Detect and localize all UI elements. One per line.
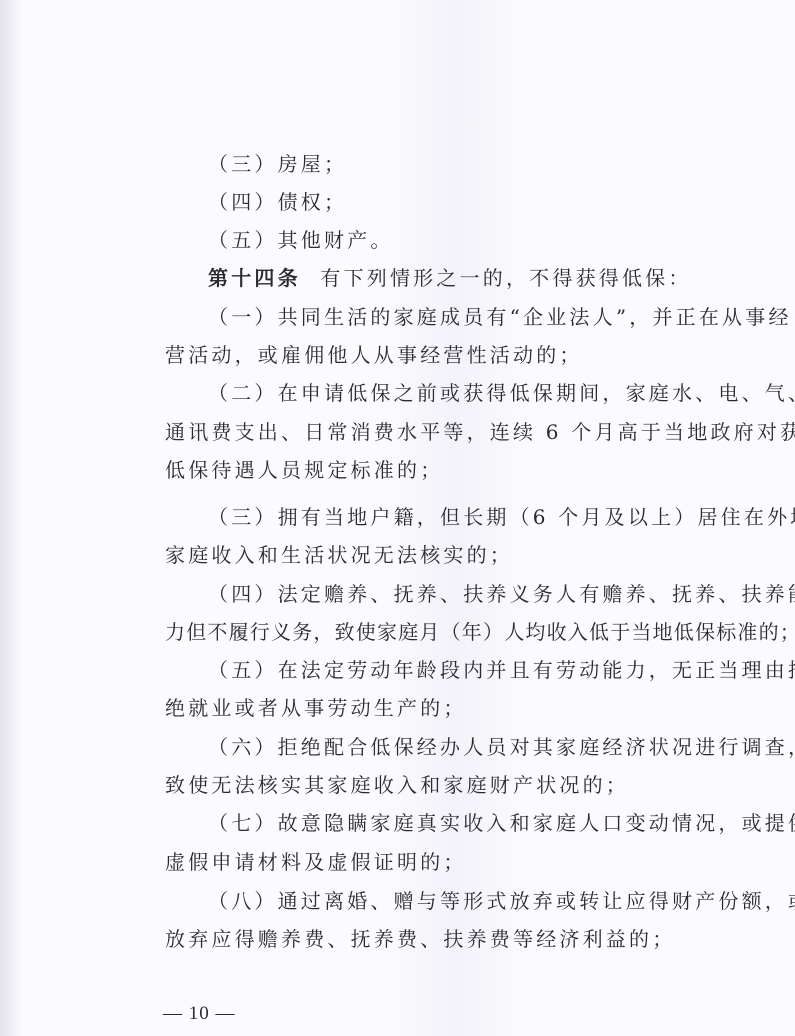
list-item-continuation: 放弃应得赡养费、抚养费、扶养费等经济利益的； <box>165 927 675 951</box>
list-item: （五）其他财产。 <box>208 228 394 252</box>
list-item: （四）法定赡养、抚养、扶养义务人有赡养、抚养、扶养能 <box>208 582 795 606</box>
list-item-continuation: 营活动，或雇佣他人从事经营性活动的； <box>165 343 583 367</box>
list-item-continuation: 致使无法核实其家庭收入和家庭财产状况的； <box>165 773 629 797</box>
list-item: （五）在法定劳动年龄段内并且有劳动能力，无正当理由拒 <box>208 658 795 682</box>
list-item-continuation: 力但不履行义务，致使家庭月（年）人均收入低于当地低保标准的； <box>165 620 795 644</box>
list-item: （三）房屋； <box>208 152 347 176</box>
document-page: （三）房屋； （四）债权； （五）其他财产。 第十四条 有下列情形之一的，不得获… <box>0 0 795 1036</box>
list-item: （二）在申请低保之前或获得低保期间，家庭水、电、气、 <box>208 381 795 405</box>
page-number: — 10 — <box>163 1003 236 1025</box>
list-item: （一）共同生活的家庭成员有“企业法人”，并正在从事经 <box>208 305 792 329</box>
article-heading: 第十四条 有下列情形之一的，不得获得低保： <box>208 266 692 290</box>
list-item-continuation: 通讯费支出、日常消费水平等，连续 6 个月高于当地政府对获得 <box>165 420 795 444</box>
list-item: （三）拥有当地户籍，但长期（6 个月及以上）居住在外地， <box>208 505 795 529</box>
list-item-continuation: 低保待遇人员规定标准的； <box>165 458 443 482</box>
list-item: （四）债权； <box>208 190 347 214</box>
list-item-continuation: 家庭收入和生活状况无法核实的； <box>165 543 513 567</box>
article-label: 第十四条 <box>208 266 301 290</box>
list-item: （八）通过离婚、赠与等形式放弃或转让应得财产份额，或 <box>208 889 795 913</box>
list-item-continuation: 虚假申请材料及虚假证明的； <box>165 850 467 874</box>
list-item-continuation: 绝就业或者从事劳动生产的； <box>165 696 467 720</box>
list-item: （六）拒绝配合低保经办人员对其家庭经济状况进行调查， <box>208 735 795 759</box>
list-item: （七）故意隐瞒家庭真实收入和家庭人口变动情况，或提供 <box>208 811 795 835</box>
article-text: 有下列情形之一的，不得获得低保： <box>320 266 691 290</box>
